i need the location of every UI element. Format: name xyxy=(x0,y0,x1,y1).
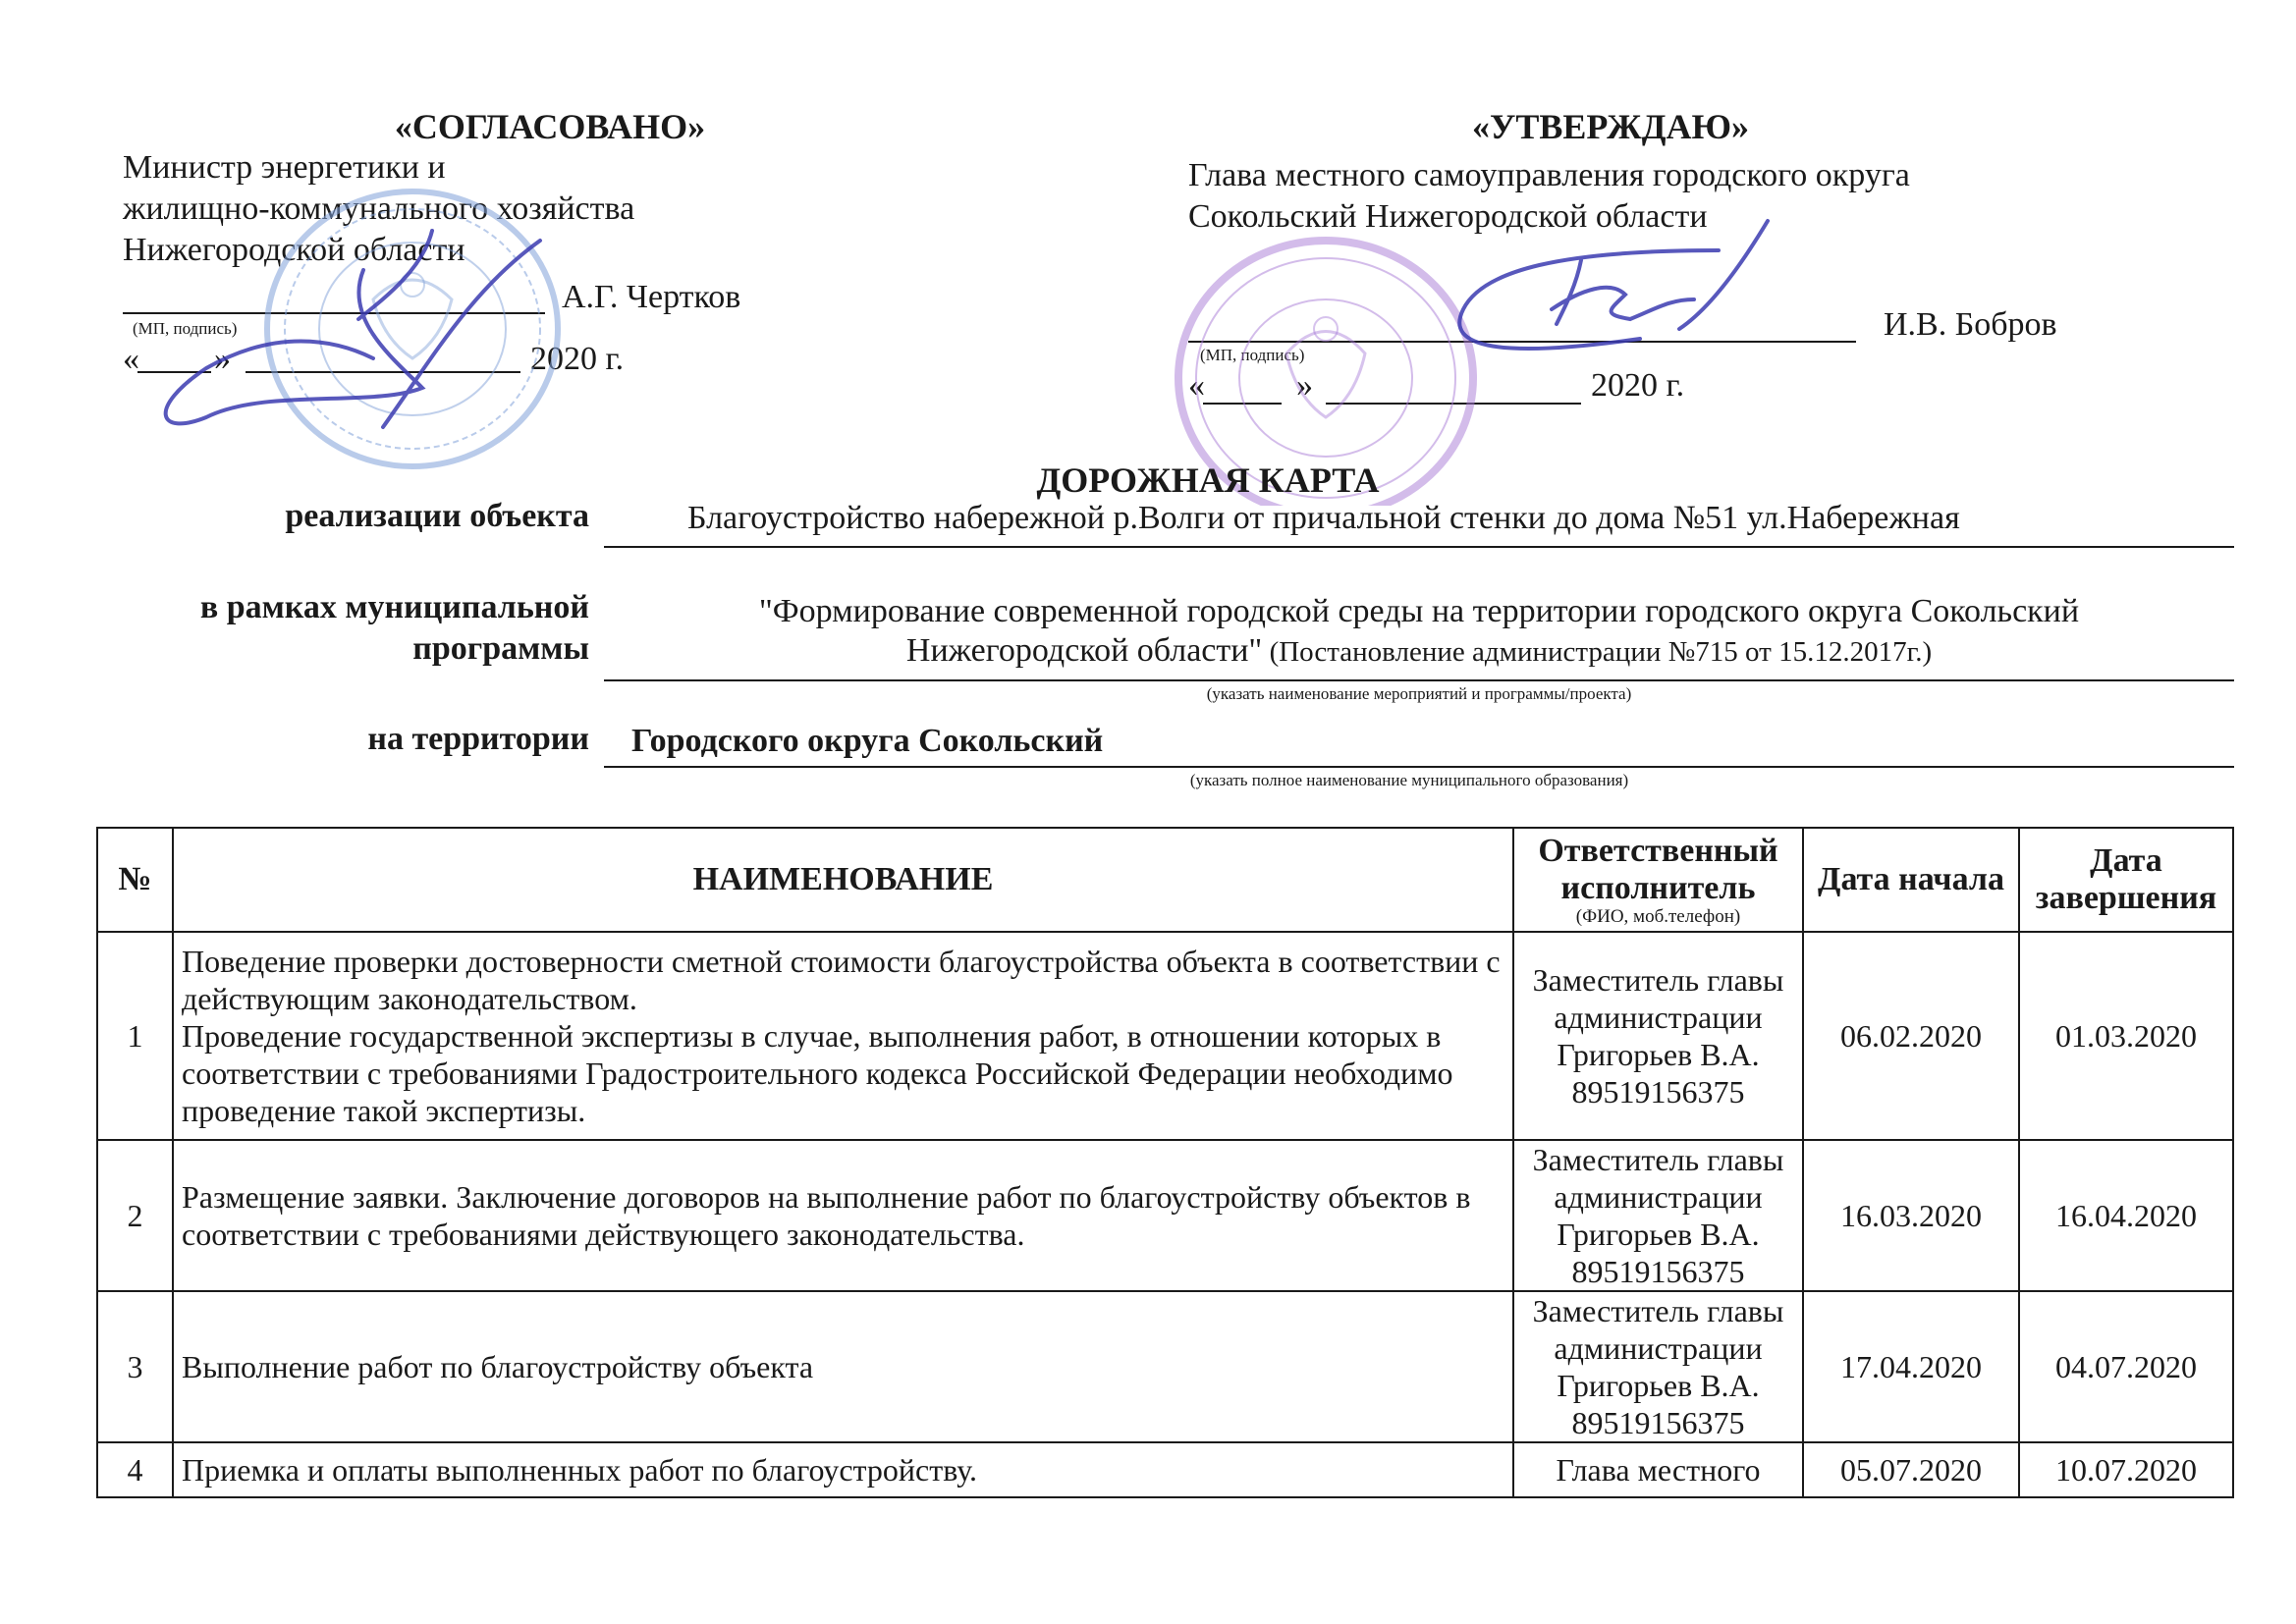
row-name: Поведение проверки достоверности сметной… xyxy=(173,932,1513,1140)
program-value-note: (Постановление администрации №715 от 15.… xyxy=(1262,636,1932,668)
approval-right-heading: «УТВЕРЖДАЮ» xyxy=(1414,106,1807,147)
row-responsible: Глава местного xyxy=(1513,1442,1803,1497)
territory-underline xyxy=(604,766,2234,768)
responsible-line: администрации xyxy=(1520,1178,1796,1216)
responsible-line: Глава местного xyxy=(1520,1451,1796,1489)
document-title: ДОРОЖНАЯ КАРТА xyxy=(913,460,1503,501)
row-name-line: Приемка и оплаты выполненных работ по бл… xyxy=(182,1451,1506,1489)
approval-left-heading: «СОГЛАСОВАНО» xyxy=(334,106,766,147)
sign-hint: (МП, подпись) xyxy=(1200,346,1304,365)
approval-right-position-line: Глава местного самоуправления городского… xyxy=(1188,155,1910,196)
row-start-date: 06.02.2020 xyxy=(1803,932,2019,1140)
row-num: 3 xyxy=(97,1291,173,1442)
row-name: Приемка и оплаты выполненных работ по бл… xyxy=(173,1442,1513,1497)
row-name-line: Поведение проверки достоверности сметной… xyxy=(182,943,1506,1017)
approval-left-signatory: А.Г. Чертков xyxy=(562,277,740,318)
date-close-quote: » xyxy=(1296,365,1313,406)
row-start-date: 05.07.2020 xyxy=(1803,1442,2019,1497)
date-month-line xyxy=(1326,403,1581,405)
territory-hint: (указать полное наименование муниципальн… xyxy=(1090,771,1728,790)
object-value: Благоустройство набережной р.Волги от пр… xyxy=(687,498,1960,539)
responsible-line: администрации xyxy=(1520,1329,1796,1367)
object-label: реализации объекта xyxy=(285,496,589,537)
approval-left-position-line: Министр энергетики и xyxy=(123,147,446,189)
approval-left-position-line: жилищно-коммунального хозяйства xyxy=(123,189,634,230)
date-open-quote: « xyxy=(1188,365,1205,406)
row-responsible: Заместитель главы администрации Григорье… xyxy=(1513,1140,1803,1291)
approval-left-year: 2020 г. xyxy=(530,339,624,380)
approval-right-position-line: Сокольский Нижегородской области xyxy=(1188,196,1708,238)
table-row: 3 Выполнение работ по благоустройству об… xyxy=(97,1291,2233,1442)
row-name-line: Проведение государственной экспертизы в … xyxy=(182,1017,1506,1129)
row-name: Размещение заявки. Заключение договоров … xyxy=(173,1140,1513,1291)
responsible-line: Заместитель главы xyxy=(1520,1141,1796,1178)
responsible-line: 89519156375 xyxy=(1520,1073,1796,1110)
approval-right-signatory: И.В. Бобров xyxy=(1884,304,2057,346)
responsible-line: Григорьев В.А. xyxy=(1520,1036,1796,1073)
program-underline xyxy=(604,679,2234,681)
responsible-line: Григорьев В.А. xyxy=(1520,1216,1796,1253)
date-day-line xyxy=(137,371,211,373)
row-name-line: Выполнение работ по благоустройству объе… xyxy=(182,1348,1506,1385)
responsible-line: администрации xyxy=(1520,999,1796,1036)
header-responsible-sub: (ФИО, моб.телефон) xyxy=(1520,907,1796,927)
responsible-line: Заместитель главы xyxy=(1520,961,1796,999)
row-responsible: Заместитель главы администрации Григорье… xyxy=(1513,1291,1803,1442)
row-end-date: 16.04.2020 xyxy=(2019,1140,2233,1291)
header-responsible: Ответственный исполнитель (ФИО, моб.теле… xyxy=(1513,828,1803,932)
date-day-line xyxy=(1203,403,1282,405)
roadmap-table: № НАИМЕНОВАНИЕ Ответственный исполнитель… xyxy=(96,827,2234,1498)
date-close-quote: » xyxy=(214,339,231,380)
date-open-quote: « xyxy=(123,339,139,380)
program-value-main: Нижегородской области" xyxy=(906,632,1262,669)
program-hint: (указать наименование мероприятий и прог… xyxy=(1100,684,1738,704)
table-row: 4 Приемка и оплаты выполненных работ по … xyxy=(97,1442,2233,1497)
row-responsible: Заместитель главы администрации Григорье… xyxy=(1513,932,1803,1140)
responsible-line: Заместитель главы xyxy=(1520,1292,1796,1329)
row-start-date: 17.04.2020 xyxy=(1803,1291,2019,1442)
header-end: Дата завершения xyxy=(2019,828,2233,932)
object-underline xyxy=(604,546,2234,548)
program-label-line1: в рамках муниципальной xyxy=(200,587,589,628)
row-name-line: Размещение заявки. Заключение договоров … xyxy=(182,1178,1506,1253)
responsible-line: Григорьев В.А. xyxy=(1520,1367,1796,1404)
signature-line xyxy=(1188,341,1856,343)
responsible-line: 89519156375 xyxy=(1520,1404,1796,1441)
responsible-line: 89519156375 xyxy=(1520,1253,1796,1290)
header-responsible-title: Ответственный исполнитель xyxy=(1538,833,1777,906)
row-end-date: 01.03.2020 xyxy=(2019,932,2233,1140)
program-value-line1: "Формирование современной городской сред… xyxy=(604,591,2234,632)
row-name: Выполнение работ по благоустройству объе… xyxy=(173,1291,1513,1442)
territory-label: на территории xyxy=(367,719,589,760)
table-row: 1 Поведение проверки достоверности сметн… xyxy=(97,932,2233,1140)
header-num: № xyxy=(97,828,173,932)
row-num: 2 xyxy=(97,1140,173,1291)
date-month-line xyxy=(246,371,520,373)
row-end-date: 10.07.2020 xyxy=(2019,1442,2233,1497)
table-row: 2 Размещение заявки. Заключение договоро… xyxy=(97,1140,2233,1291)
territory-value: Городского округа Сокольский xyxy=(631,721,1103,762)
row-num: 1 xyxy=(97,932,173,1140)
signature-line xyxy=(123,312,545,314)
row-num: 4 xyxy=(97,1442,173,1497)
approval-right-year: 2020 г. xyxy=(1591,365,1684,406)
approval-left-position-line: Нижегородской области xyxy=(123,230,465,271)
program-label-line2: программы xyxy=(412,628,589,670)
row-end-date: 04.07.2020 xyxy=(2019,1291,2233,1442)
program-value-line2: Нижегородской области" (Постановление ад… xyxy=(604,630,2234,673)
header-name: НАИМЕНОВАНИЕ xyxy=(173,828,1513,932)
sign-hint: (МП, подпись) xyxy=(133,319,237,339)
header-start: Дата начала xyxy=(1803,828,2019,932)
row-start-date: 16.03.2020 xyxy=(1803,1140,2019,1291)
table-header-row: № НАИМЕНОВАНИЕ Ответственный исполнитель… xyxy=(97,828,2233,932)
